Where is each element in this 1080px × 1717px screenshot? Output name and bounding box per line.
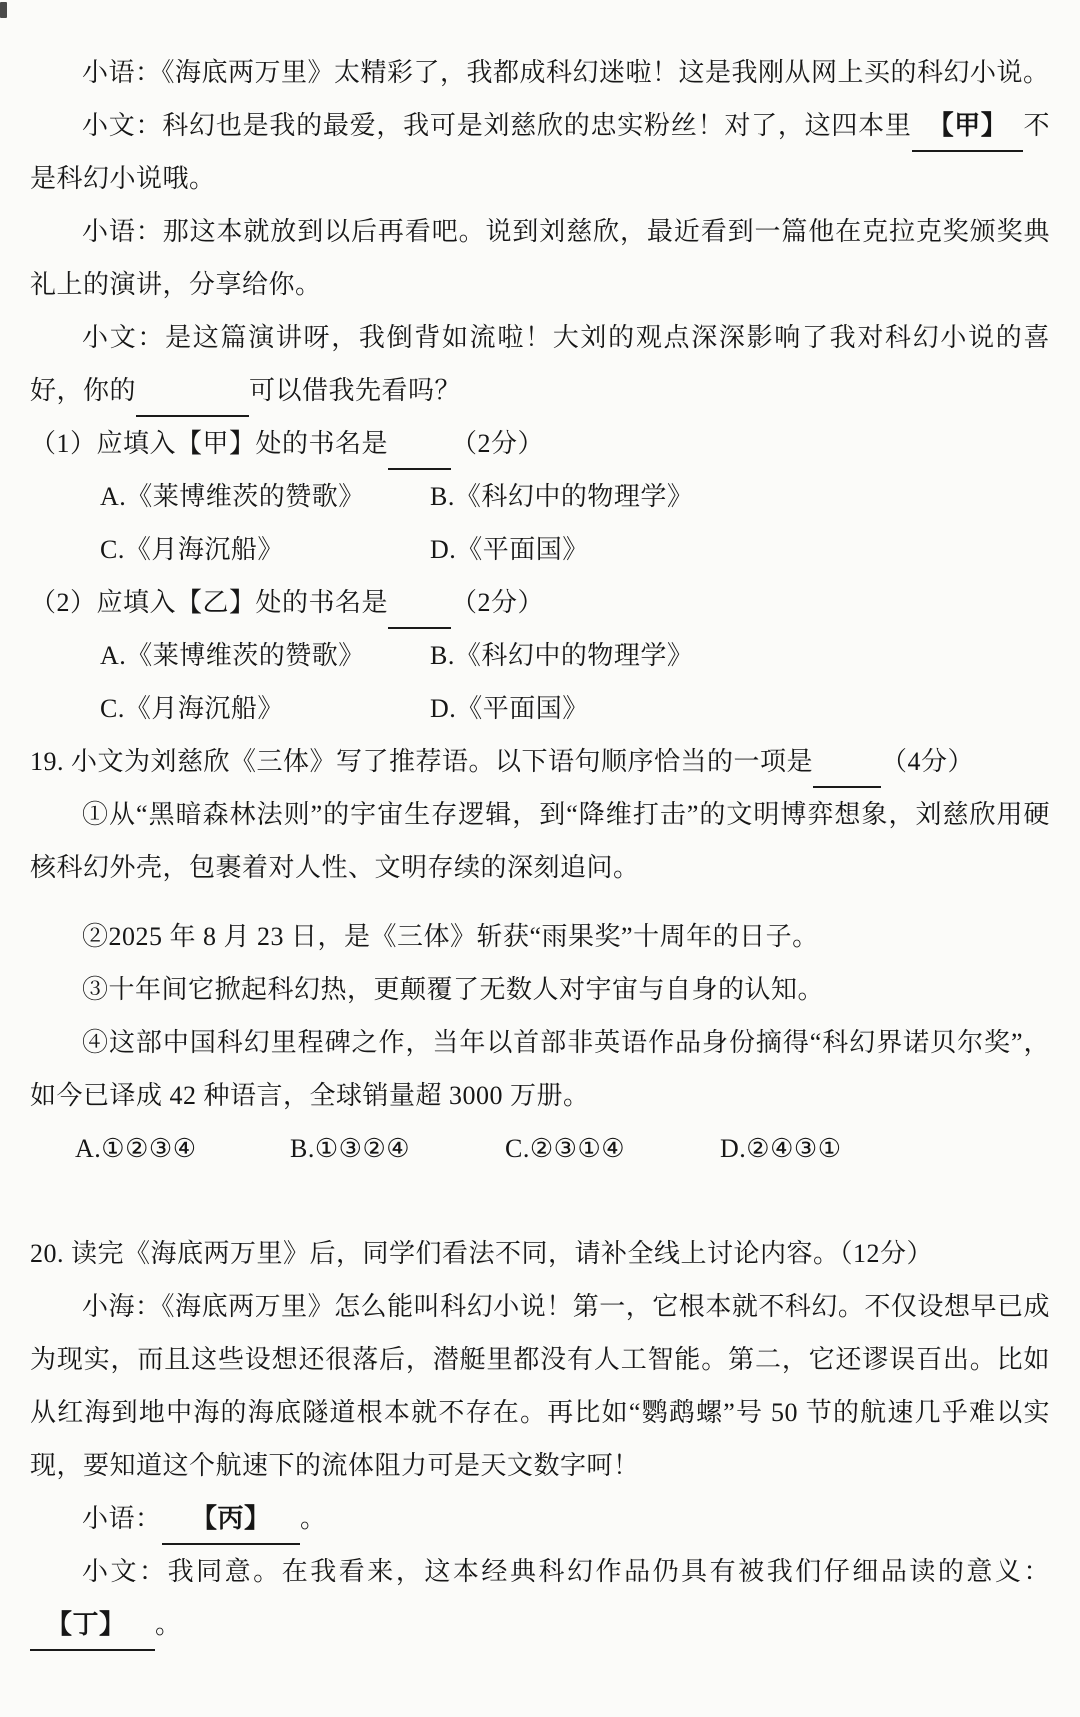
scan-edge-artifact	[0, 2, 7, 18]
dialogue-xiaowen-1: 小文：科幻也是我的最爱，我可是刘慈欣的忠实粉丝！对了，这四本里【甲】不是科幻小说…	[30, 99, 1050, 205]
sub-question-1-options-cd: C.《月海沉船》D.《平面国》	[30, 523, 1050, 576]
fill-in-blank: 【丁】	[30, 1601, 155, 1651]
text-segment: 20. 读完《海底两万里》后，同学们看法不同，请补全线上讨论内容。（12分）	[30, 1239, 933, 1268]
fill-in-blank: 【丙】	[162, 1495, 301, 1545]
option-item: B.《科幻中的物理学》	[430, 629, 693, 682]
sentence-3: ③十年间它掀起科幻热，更颠覆了无数人对宇宙与自身的认知。	[30, 963, 1050, 1016]
text-segment: 小语：那这本就放到以后再看吧。说到刘慈欣，最近看到一篇他在克拉克奖颁奖典礼上的演…	[30, 217, 1050, 299]
text-segment: 小语：	[82, 1504, 162, 1533]
option-item: C.《月海沉船》	[100, 523, 430, 576]
option-item: A.《莱博维茨的赞歌》	[100, 629, 430, 682]
text-segment: 。	[155, 1610, 182, 1639]
fill-in-blank: 【甲】	[912, 102, 1024, 152]
text-segment: 小文：是这篇演讲呀，我倒背如流啦！大刘的观点深深影响了我对科幻小说的喜好，你的	[30, 323, 1050, 405]
text-segment: （2分）	[451, 429, 544, 458]
text-segment: （2分）	[451, 588, 544, 617]
option-item: D.《平面国》	[430, 682, 589, 735]
option-item: A.《莱博维茨的赞歌》	[100, 470, 430, 523]
option-item: B.《科幻中的物理学》	[430, 470, 693, 523]
text-segment: ④这部中国科幻里程碑之作，当年以首部非英语作品身份摘得“科幻界诺贝尔奖”，如今已…	[30, 1028, 1050, 1110]
sub-question-2-options-cd: C.《月海沉船》D.《平面国》	[30, 682, 1050, 735]
text-segment: ①从“黑暗森林法则”的宇宙生存逻辑，到“降维打击”的文明博弈想象，刘慈欣用硬核科…	[30, 800, 1050, 882]
dialogue-xiaoyu-blank-bing: 小语： 【丙】 。	[30, 1492, 1050, 1545]
text-segment: （4分）	[881, 747, 974, 776]
text-segment: 小语：《海底两万里》太精彩了，我都成科幻迷啦！这是我刚从网上买的科幻小说。	[82, 58, 1050, 87]
sub-question-1-options-ab: A.《莱博维茨的赞歌》B.《科幻中的物理学》	[30, 470, 1050, 523]
dialogue-xiaoyu-2: 小语：那这本就放到以后再看吧。说到刘慈欣，最近看到一篇他在克拉克奖颁奖典礼上的演…	[30, 205, 1050, 311]
sub-question-1: （1）应填入【甲】处的书名是（2分）	[30, 417, 1050, 470]
dialogue-xiaohai: 小海：《海底两万里》怎么能叫科幻小说！第一，它根本就不科幻。不仅设想早已成为现实…	[30, 1280, 1050, 1492]
question-19: 19. 小文为刘慈欣《三体》写了推荐语。以下语句顺序恰当的一项是（4分）	[30, 735, 1050, 788]
dialogue-xiaoyu-1: 小语：《海底两万里》太精彩了，我都成科幻迷啦！这是我刚从网上买的科幻小说。	[30, 46, 1050, 99]
sub-question-2: （2）应填入【乙】处的书名是（2分）	[30, 576, 1050, 629]
text-segment: ③十年间它掀起科幻热，更颠覆了无数人对宇宙与自身的认知。	[82, 975, 824, 1004]
sentence-4: ④这部中国科幻里程碑之作，当年以首部非英语作品身份摘得“科幻界诺贝尔奖”，如今已…	[30, 1016, 1050, 1122]
text-segment: 小文：科幻也是我的最爱，我可是刘慈欣的忠实粉丝！对了，这四本里	[82, 111, 912, 140]
option-item: B.①③②④	[290, 1122, 505, 1175]
question-19-options: A.①②③④B.①③②④C.②③①④D.②④③①	[30, 1122, 1050, 1175]
option-item: D.《平面国》	[430, 523, 589, 576]
option-item: A.①②③④	[75, 1122, 290, 1175]
text-segment: 小海：《海底两万里》怎么能叫科幻小说！第一，它根本就不科幻。不仅设想早已成为现实…	[30, 1292, 1050, 1480]
text-segment: （1）应填入【甲】处的书名是	[30, 429, 388, 458]
question-20: 20. 读完《海底两万里》后，同学们看法不同，请补全线上讨论内容。（12分）	[30, 1227, 1050, 1280]
dialogue-xiaowen-blank-ding: 小文：我同意。在我看来，这本经典科幻作品仍具有被我们仔细品读的意义：【丁】 。	[30, 1545, 1050, 1651]
text-segment: 19. 小文为刘慈欣《三体》写了推荐语。以下语句顺序恰当的一项是	[30, 747, 813, 776]
sentence-1: ①从“黑暗森林法则”的宇宙生存逻辑，到“降维打击”的文明博弈想象，刘慈欣用硬核科…	[30, 788, 1050, 894]
text-segment: 小文：我同意。在我看来，这本经典科幻作品仍具有被我们仔细品读的意义：	[82, 1557, 1050, 1586]
text-segment: （2）应填入【乙】处的书名是	[30, 588, 388, 617]
document-body: 小语：《海底两万里》太精彩了，我都成科幻迷啦！这是我刚从网上买的科幻小说。小文：…	[0, 0, 1080, 1651]
option-item: D.②④③①	[720, 1122, 842, 1175]
sentence-2: ②2025 年 8 月 23 日，是《三体》斩获“雨果奖”十周年的日子。	[30, 910, 1050, 963]
text-segment: 可以借我先看吗？	[249, 376, 461, 405]
scanned-exam-page: 小语：《海底两万里》太精彩了，我都成科幻迷啦！这是我刚从网上买的科幻小说。小文：…	[0, 0, 1080, 1717]
dialogue-xiaowen-2: 小文：是这篇演讲呀，我倒背如流啦！大刘的观点深深影响了我对科幻小说的喜好，你的可…	[30, 311, 1050, 417]
option-item: C.②③①④	[505, 1122, 720, 1175]
text-segment: ②2025 年 8 月 23 日，是《三体》斩获“雨果奖”十周年的日子。	[82, 922, 819, 951]
text-segment: 。	[300, 1504, 327, 1533]
sub-question-2-options-ab: A.《莱博维茨的赞歌》B.《科幻中的物理学》	[30, 629, 1050, 682]
option-item: C.《月海沉船》	[100, 682, 430, 735]
